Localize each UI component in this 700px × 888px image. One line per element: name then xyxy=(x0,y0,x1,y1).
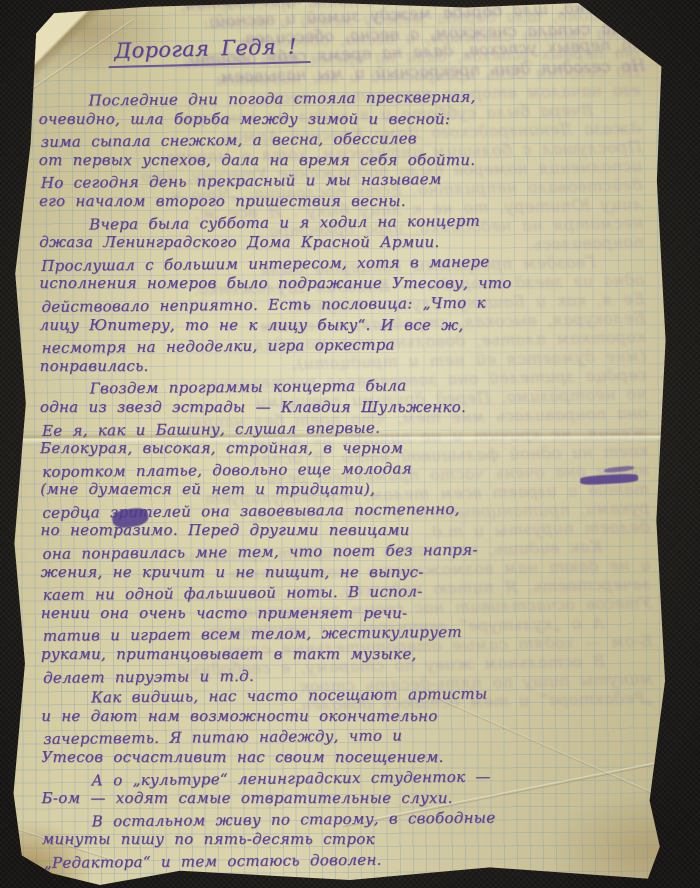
scanned-letter-photo: { "photo": { "type": "scan of handwritte… xyxy=(0,0,700,888)
letter-line: Как видишь, нас часто посещают артисты xyxy=(43,682,658,708)
letter-paragraph: Вчера была суббота и я ходил на концертд… xyxy=(39,210,655,377)
letter-line: Утесов осчастливит нас своим посещением. xyxy=(41,747,656,768)
letter-line: исполнения номеров было подражание Утесо… xyxy=(39,273,654,294)
letter-line: одна из звезд эстрады — Клавдия Шульженк… xyxy=(40,397,655,418)
letter-line: джаза Ленинградского Дома Красной Армии. xyxy=(39,232,654,253)
letter-line: „Редактора“ и тем остаюсь доволен. xyxy=(44,847,659,873)
letter-line: руками, пританцовывает в такт музыке, xyxy=(41,644,656,665)
letter-line: зима сыпала снежком, а весна, обессилев xyxy=(41,126,656,152)
letter-paragraph: А о „культуре“ ленинградских студенток —… xyxy=(41,766,656,810)
letter-paragraph: Гвоздем программы концерта былаодна из з… xyxy=(40,375,656,687)
letter-paragraph: Как видишь, нас часто посещают артистыи … xyxy=(41,684,656,769)
letter-line: Но сегодня день прекрасный и мы называем xyxy=(41,167,656,193)
letter-line: минуты пишу по пять-десять строк xyxy=(42,829,657,850)
letter-line: (мне думается ей нет и тридцати), xyxy=(40,479,655,500)
letter-paragraph: Последние дни погода стояла прескверная,… xyxy=(38,87,654,213)
letter-paragraph: В остальном живу по старому, в свободные… xyxy=(42,807,657,871)
letter-line: несмотря на недоделки, игра оркестра xyxy=(41,332,656,358)
salutation: Дорогая Гедя ! xyxy=(108,34,311,68)
letter-line: кает ни одной фальшивой ноты. В испол- xyxy=(43,579,658,605)
letter-line: действовало неприятно. Есть пословица: „… xyxy=(41,291,656,317)
letter-line: очевидно, шла борьба между зимой и весно… xyxy=(15,0,645,38)
letter-body: Последние дни погода стояла прескверная,… xyxy=(38,87,656,872)
letter-line: Последние дни погода стояла прескверная, xyxy=(40,85,655,111)
letter-line: его началом второго пришествия весны. xyxy=(39,191,654,212)
letter-sheet: Последние дни погода стояла прескверная,… xyxy=(6,1,674,888)
letter-line: Белокурая, высокая, стройная, в черном xyxy=(40,438,655,459)
letter-line: от первых успехов, дала на время себя об… xyxy=(0,42,640,75)
letter-line: Гвоздем программы концерта была xyxy=(42,373,657,399)
letter-line: Б-ом — ходят самые отвратительные слухи. xyxy=(42,788,657,809)
letter-line: татив и играет всем телом, жестикулирует xyxy=(43,620,658,646)
letter-line: зачерстветь. Я питаю надежду, что и xyxy=(43,723,658,749)
letter-line: она понравилась мне тем, что поет без на… xyxy=(42,538,657,564)
